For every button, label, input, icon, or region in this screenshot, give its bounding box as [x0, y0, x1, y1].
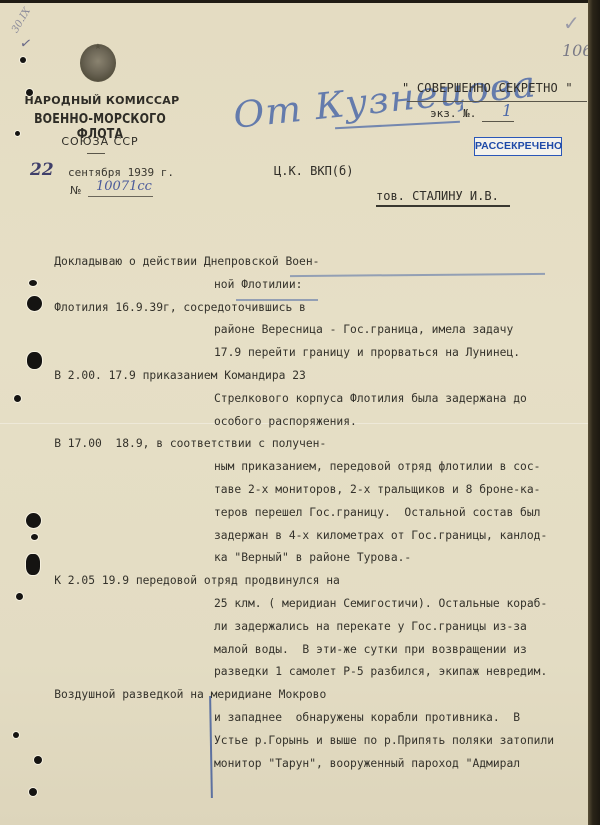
- addressee-name: тов. СТАЛИНУ И.В.: [376, 189, 499, 203]
- body-line: районе Вересница - Гос.граница, имела за…: [214, 319, 584, 342]
- body-line: Стрелкового корпуса Флотилия была задерж…: [214, 388, 584, 411]
- divider: [88, 196, 153, 197]
- body-line: К 2.05 19.9 передовой отряд продвинулся …: [27, 570, 584, 593]
- divider: [376, 205, 510, 207]
- checkmark-icon: ✓: [563, 11, 580, 35]
- addressee-org: Ц.К. ВКП(б): [274, 164, 353, 178]
- copy-number-label: экз. №.: [430, 107, 476, 120]
- copy-number-value: 1: [502, 101, 512, 120]
- body-line: таве 2-х мониторов, 2-х тральщиков и 8 б…: [214, 479, 584, 502]
- punch-hole: [16, 593, 23, 600]
- letterhead-line3: СОЮЗА ССР: [0, 135, 200, 148]
- classification-label: " СОВЕРШЕННО СЕКРЕТНО ": [402, 81, 573, 95]
- body-line: Флотилия 16.9.39г, сосредоточившись в: [27, 297, 584, 320]
- body-line: ли задержались на перекате у Гос.границы…: [214, 616, 584, 639]
- punch-hole: [29, 788, 37, 796]
- punch-hole: [13, 732, 19, 738]
- body-line: монитор "Тарун", вооруженный пароход "Ад…: [214, 753, 584, 776]
- number-label: №: [70, 184, 81, 197]
- date-text: сентября 1939 г.: [68, 166, 174, 179]
- body-line: теров перешел Гос.границу. Остальной сос…: [214, 502, 584, 525]
- body-line: Докладываю о действии Днепровской Воен-: [27, 251, 584, 274]
- letterhead-line1: НАРОДНЫЙ КОМИССАР: [2, 94, 202, 107]
- body-line: В 17.00 18.9, в соответствии с получен-: [27, 433, 584, 456]
- divider: [87, 153, 105, 154]
- body-line: ной Флотилии:: [214, 274, 584, 297]
- margin-mark: [209, 696, 213, 798]
- declassified-stamp: РАССЕКРЕЧЕНО: [474, 137, 562, 156]
- body-line: Устье р.Горынь и выше по р.Припять поляк…: [214, 730, 584, 753]
- body-line: особого распоряжения.: [214, 411, 584, 434]
- body-line: ка "Верный" в районе Турова.-: [214, 547, 584, 570]
- punch-hole: [26, 513, 41, 528]
- body-line: 17.9 перейти границу и прорваться на Лун…: [214, 342, 584, 365]
- body-line: 25 клм. ( меридиан Семигостичи). Остальн…: [214, 593, 584, 616]
- punch-hole: [15, 131, 20, 136]
- punch-hole: [26, 89, 33, 96]
- star-icon: ★: [94, 43, 102, 51]
- body-line: разведки 1 самолет Р-5 разбился, экипаж …: [214, 661, 584, 684]
- punch-hole: [26, 554, 40, 575]
- punch-hole: [31, 534, 38, 540]
- number-value-handwritten: 10071сс: [96, 179, 152, 194]
- scan-edge-right: [588, 0, 600, 825]
- document-page: 30.IX ✓ ✓ 106 ★ НАРОДНЫЙ КОМИССАР ВОЕННО…: [0, 3, 590, 825]
- divider: [482, 121, 514, 122]
- date-day-handwritten: 22: [30, 160, 54, 180]
- body-line: ным приказанием, передовой отряд флотили…: [214, 456, 584, 479]
- punch-hole: [14, 395, 21, 402]
- body-line: задержан в 4-х километрах от Гос.границы…: [214, 525, 584, 548]
- body-line: В 2.00. 17.9 приказанием Командира 23: [27, 365, 584, 388]
- body-line: малой воды. В эти-же сутки при возвращен…: [214, 639, 584, 662]
- punch-hole: [29, 280, 37, 286]
- punch-hole: [34, 756, 42, 764]
- divider: [407, 101, 587, 102]
- punch-hole: [20, 57, 26, 63]
- body-line: и западнее обнаружены корабли противника…: [214, 707, 584, 730]
- scan-edge-top: [0, 0, 600, 3]
- punch-hole: [27, 352, 42, 369]
- margin-note-handwritten: 30.IX: [10, 6, 33, 35]
- body-text: Докладываю о действии Днепровской Воен- …: [214, 251, 584, 775]
- checkmark-icon: ✓: [19, 35, 33, 53]
- punch-hole: [27, 296, 42, 311]
- body-line: Воздушной разведкой на меридиане Мокрово: [27, 684, 584, 707]
